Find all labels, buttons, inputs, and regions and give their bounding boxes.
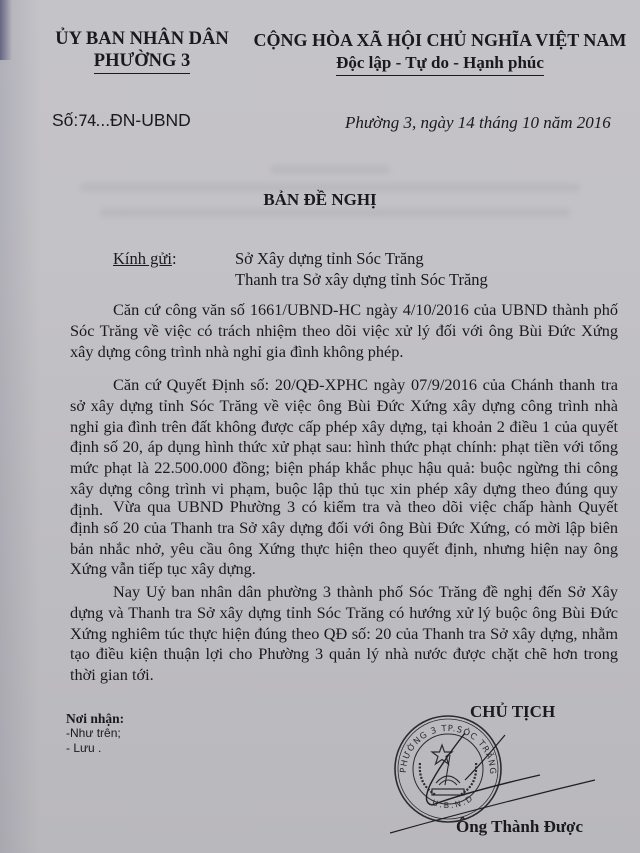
receivers-heading: Nơi nhận:	[66, 711, 124, 726]
doc-number-handwritten: 74	[78, 111, 95, 130]
recipients-colon: :	[172, 249, 177, 269]
document-number: Số:74...ĐN-UBND	[52, 110, 191, 131]
body-paragraph: Căn cứ công văn số 1661/UBND-HC ngày 4/1…	[70, 300, 618, 362]
body-paragraph: Nay Uỷ ban nhân dân phường 3 thành phố S…	[70, 582, 618, 686]
receiver-item: - Lưu .	[66, 741, 124, 756]
org-name: ỦY BAN NHÂN DÂN	[52, 28, 232, 50]
receiver-item: -Như trên;	[66, 726, 124, 741]
nation-name: CỘNG HÒA XÃ HỘI CHỦ NGHĨA VIỆT NAM	[250, 29, 630, 51]
bleed-through-text	[270, 166, 390, 173]
recipients-list: Sở Xây dựng tỉnh Sóc Trăng Thanh tra Sở …	[235, 249, 488, 290]
doc-number-suffix: ...ĐN-UBND	[96, 110, 191, 130]
doc-number-prefix: Số:	[52, 110, 78, 130]
recipient-item: Sở Xây dựng tỉnh Sóc Trăng	[235, 249, 488, 270]
document-title: BẢN ĐỀ NGHỊ	[0, 190, 640, 210]
page-corner-shadow	[0, 0, 12, 60]
org-ward: PHƯỜNG 3	[94, 50, 190, 74]
national-header: CỘNG HÒA XÃ HỘI CHỦ NGHĨA VIỆT NAM Độc l…	[250, 29, 630, 76]
signer-name: Ông Thành Được	[456, 817, 583, 837]
receivers-block: Nơi nhận: -Như trên; - Lưu .	[66, 711, 124, 756]
national-motto: Độc lập - Tự do - Hạnh phúc	[336, 52, 544, 76]
page-shadow	[0, 0, 40, 853]
recipient-item: Thanh tra Sở xây dựng tỉnh Sóc Trăng	[235, 270, 488, 291]
recipients-label: Kính gửi	[113, 249, 172, 269]
issuing-organization: ỦY BAN NHÂN DÂN PHƯỜNG 3	[52, 28, 232, 74]
body-paragraph: Vừa qua UBND Phường 3 có kiểm tra và the…	[70, 497, 618, 580]
date-line: Phường 3, ngày 14 tháng 10 năm 2016	[345, 113, 611, 133]
bleed-through-text	[100, 209, 570, 216]
